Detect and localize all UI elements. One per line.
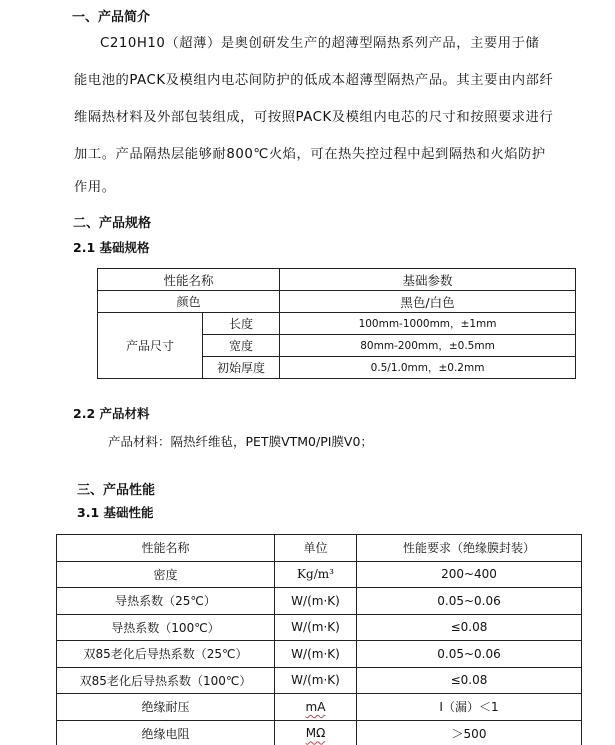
table-row: 双85老化后导热系数（25℃） W/(m·K) 0.05~0.06 [57,641,582,668]
intro-paragraph-line-2: 能电池的PACK及模组内电芯间防护的低成本超薄型隔热产品。其主要由内部纤 [74,69,553,88]
intro-paragraph-line-3: 维隔热材料及外部包装组成，可按照PACK及模组内电芯的尺寸和按照要求进行 [74,106,553,125]
cell-value: 黑色/白色 [280,291,576,313]
cell-unit: mA [275,694,357,721]
header-cell-value: 基础参数 [280,269,576,291]
subsection-heading-basic-performance: 3.1 基础性能 [77,503,154,521]
table-row: 绝缘耐压 mA I（漏）＜1 [57,694,582,721]
basic-performance-table: 性能名称 单位 性能要求（绝缘膜封装） 密度 Kg/m³ 200~400 导热系… [56,534,582,745]
table-header-row: 性能名称 单位 性能要求（绝缘膜封装） [57,535,582,562]
table-row: 绝缘电阻 MΩ ＞500 [57,720,582,745]
section-heading-spec: 二、产品规格 [73,212,151,231]
cell-unit: MΩ [275,720,357,745]
unit-text: mA [306,700,326,714]
intro-paragraph-line-1: C210H10（超薄）是奥创研发生产的超薄型隔热系列产品，主要用于储 [100,32,539,51]
table-row: 颜色 黑色/白色 [98,291,576,313]
cell-name: 绝缘耐压 [57,694,275,721]
cell-value: 0.05~0.06 [357,641,582,668]
header-cell-name: 性能名称 [98,269,280,291]
cell-name: 双85老化后导热系数（25℃） [57,641,275,668]
intro-paragraph-line-5: 作用。 [74,176,116,195]
cell-group-size: 产品尺寸 [98,313,203,379]
header-cell-name: 性能名称 [57,535,275,562]
subsection-heading-material: 2.2 产品材料 [73,404,150,422]
section-heading-performance: 三、产品性能 [77,479,155,498]
subsection-heading-basic-spec: 2.1 基础规格 [73,238,150,256]
cell-value: 0.5/1.0mm，±0.2mm [280,357,576,379]
cell-unit: Kg/m³ [275,561,357,588]
cell-name: 导热系数（100℃） [57,614,275,641]
cell-value: 80mm-200mm，±0.5mm [280,335,576,357]
cell-unit: W/(m·K) [275,667,357,694]
cell-unit: W/(m·K) [275,641,357,668]
table-header-row: 性能名称 基础参数 [98,269,576,291]
table-row: 密度 Kg/m³ 200~400 [57,561,582,588]
table-row: 导热系数（100℃） W/(m·K) ≤0.08 [57,614,582,641]
cell-unit: W/(m·K) [275,614,357,641]
cell-value: ＞500 [357,720,582,745]
cell-value: I（漏）＜1 [357,694,582,721]
cell-unit: W/(m·K) [275,588,357,615]
cell-name: 绝缘电阻 [57,720,275,745]
header-cell-requirement: 性能要求（绝缘膜封装） [357,535,582,562]
cell-name: 宽度 [203,335,280,357]
cell-value: 0.05~0.06 [357,588,582,615]
cell-name: 长度 [203,313,280,335]
cell-value: ≤0.08 [357,614,582,641]
header-cell-unit: 单位 [275,535,357,562]
intro-paragraph-line-4: 加工。产品隔热层能够耐800℃火焰，可在热失控过程中起到隔热和火焰防护 [74,143,546,162]
cell-name: 初始厚度 [203,357,280,379]
table-row: 导热系数（25℃） W/(m·K) 0.05~0.06 [57,588,582,615]
cell-value: 100mm-1000mm，±1mm [280,313,576,335]
material-text: 产品材料：隔热纤维毡，PET膜VTM0/PI膜V0； [108,432,373,450]
cell-name: 颜色 [98,291,280,313]
cell-name: 导热系数（25℃） [57,588,275,615]
table-row: 双85老化后导热系数（100℃） W/(m·K) ≤0.08 [57,667,582,694]
basic-spec-table: 性能名称 基础参数 颜色 黑色/白色 产品尺寸 长度 100mm-1000mm，… [97,268,576,379]
section-heading-intro: 一、产品简介 [72,6,150,25]
cell-value: ≤0.08 [357,667,582,694]
cell-value: 200~400 [357,561,582,588]
unit-text: MΩ [306,726,326,740]
cell-name: 密度 [57,561,275,588]
table-row: 产品尺寸 长度 100mm-1000mm，±1mm [98,313,576,335]
cell-name: 双85老化后导热系数（100℃） [57,667,275,694]
